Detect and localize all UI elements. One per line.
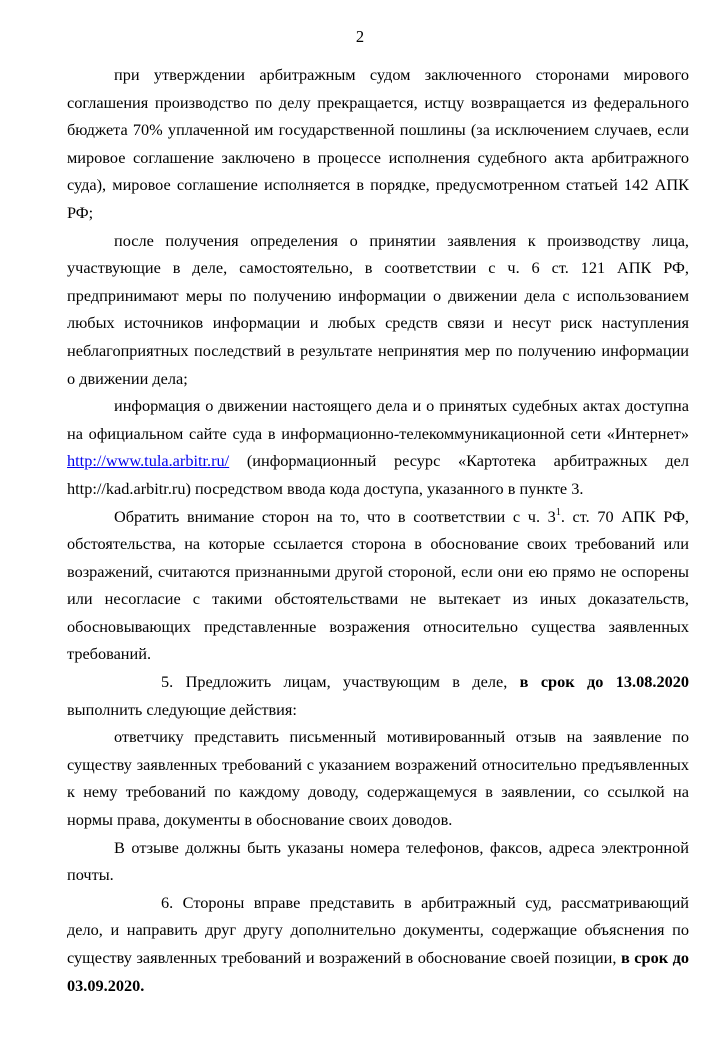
item-number-6: 6. <box>114 889 173 917</box>
paragraph-item-6: 6. Стороны вправе представить в арбитраж… <box>67 889 689 999</box>
document-page: 2 при утверждении арбитражным судом закл… <box>0 0 720 1048</box>
paragraph-defendant-response: ответчику представить письменный мотивир… <box>67 723 689 833</box>
paragraph-item-5: 5. Предложить лицам, участвующим в деле,… <box>67 668 689 723</box>
paragraph-settlement: при утверждении арбитражным судом заключ… <box>67 61 689 227</box>
paragraph-contact-details: В отзыве должны быть указаны номера теле… <box>67 834 689 889</box>
item-number-5: 5. <box>114 668 173 696</box>
page-number: 2 <box>0 27 720 47</box>
website-info-text-start: информация о движении настоящего дела и … <box>67 396 689 443</box>
item-5-deadline: в срок до 13.08.2020 <box>520 672 689 691</box>
paragraph-website-info: информация о движении настоящего дела и … <box>67 392 689 502</box>
paragraph-attention: Обратить внимание сторон на то, что в со… <box>67 503 689 669</box>
paragraph-case-information: после получения определения о принятии з… <box>67 227 689 393</box>
attention-text-end: . ст. 70 АПК РФ, обстоятельства, на кото… <box>67 507 689 664</box>
document-body: при утверждении арбитражным судом заключ… <box>67 61 689 999</box>
court-website-link[interactable]: http://www.tula.arbitr.ru/ <box>67 451 229 470</box>
item-5-text-start: Предложить лицам, участвующим в деле, <box>186 672 520 691</box>
item-5-text-end: выполнить следующие действия: <box>67 700 297 719</box>
attention-text-start: Обратить внимание сторон на то, что в со… <box>114 507 556 526</box>
